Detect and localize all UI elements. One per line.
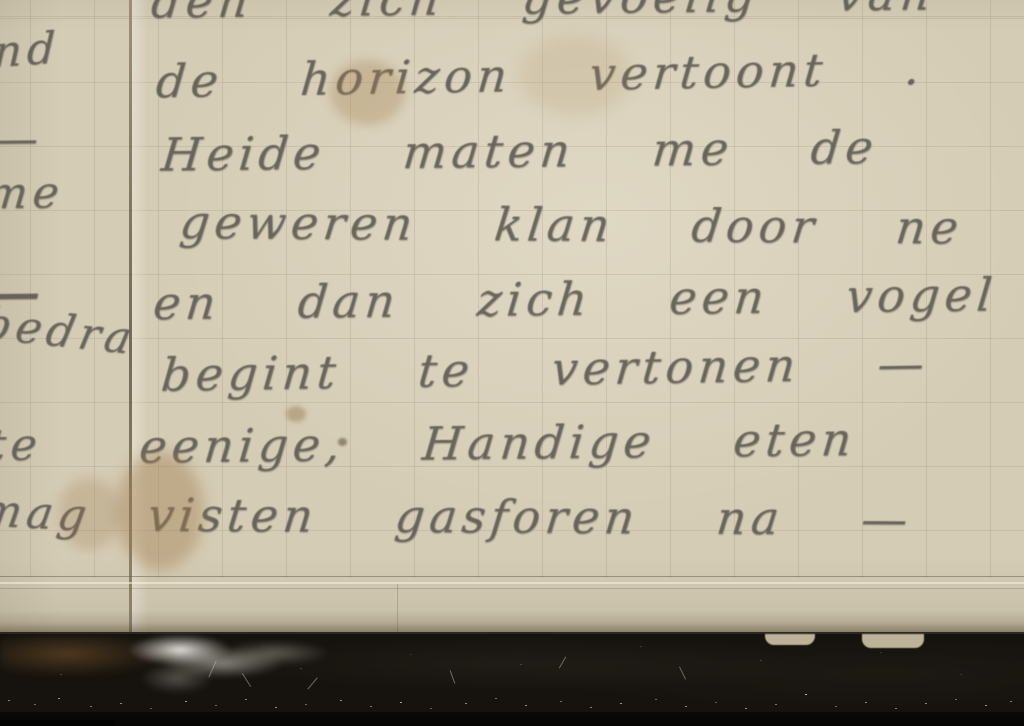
- bottom-left-darkest-corner: [0, 720, 115, 726]
- handwriting-fragment: —: [0, 118, 45, 163]
- foxing-stain: [520, 35, 630, 115]
- foxing-stain: [338, 438, 347, 446]
- notebook-paper: ond — me — bedrag te mag den zich gevoel…: [0, 0, 1024, 632]
- foxing-stain: [58, 478, 120, 550]
- photographed-notebook-scene: ond — me — bedrag te mag den zich gevoel…: [0, 0, 1024, 726]
- dust-fluff: [218, 640, 330, 666]
- stray-fiber: [559, 657, 566, 669]
- foxing-stain: [286, 406, 306, 422]
- handwriting-line: den zich gevoelig van —: [149, 0, 1024, 25]
- paper-edge-notch: [765, 634, 815, 645]
- handwriting-line: en dan zich een vogel: [151, 272, 999, 327]
- horizontal-crease-line: [0, 588, 1024, 589]
- table-dark-lower-strip: [0, 712, 1024, 726]
- horizontal-crease-line: [0, 576, 1024, 577]
- paper-bottom-edge-shadow: [0, 610, 1024, 632]
- foxing-stain: [116, 452, 204, 570]
- handwriting-line: visten gasforen na —: [146, 492, 915, 542]
- handwriting-line: begint te vertonen —: [159, 340, 931, 398]
- black-table-surface: [0, 632, 1024, 726]
- foxing-stain: [330, 60, 405, 125]
- handwriting-fragment: me: [0, 172, 66, 217]
- stray-fiber: [679, 666, 686, 679]
- horizontal-crease-highlight: [0, 582, 1024, 584]
- handwriting-fragment: bedrag: [0, 302, 131, 365]
- paper-edge-notch: [862, 634, 924, 648]
- handwriting-line: eenige, Handige eten: [137, 416, 858, 469]
- dust-fluff: [140, 662, 214, 694]
- handwriting-line: Heide maten me de: [159, 124, 880, 177]
- handwriting-fragment: ond: [0, 27, 61, 78]
- stray-fiber: [307, 677, 317, 689]
- lint-specks: [0, 634, 2, 635]
- handwriting-line: geweren klan door ne: [178, 199, 966, 250]
- stray-fiber: [450, 670, 456, 683]
- handwriting-fragment: te: [0, 424, 44, 469]
